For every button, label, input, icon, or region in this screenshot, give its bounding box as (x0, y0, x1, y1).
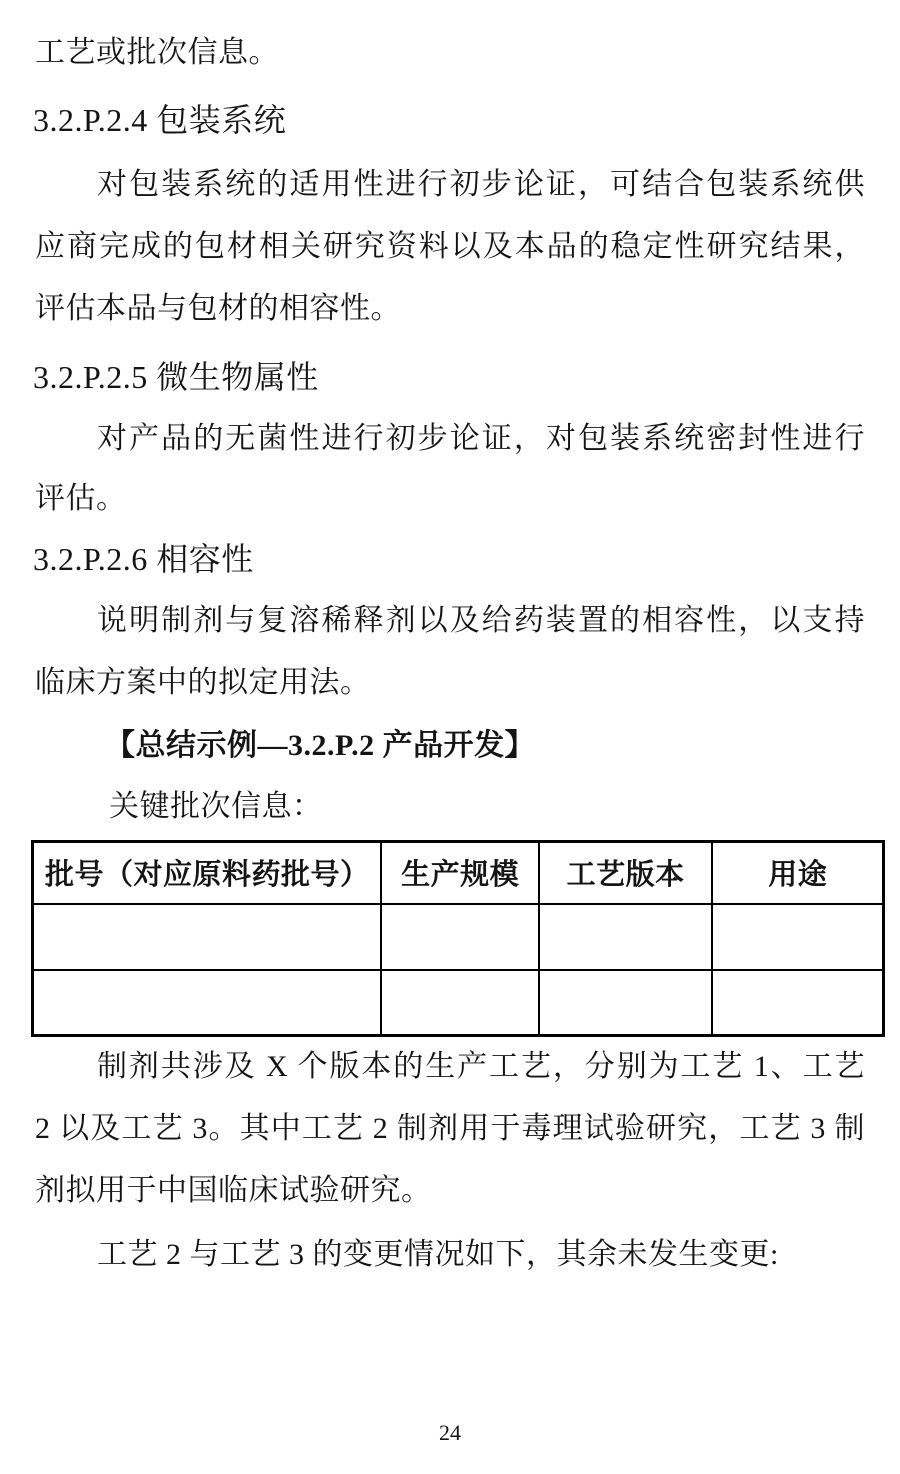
paragraph-line: 制剂共涉及 X 个版本的生产工艺，分别为工艺 1、工艺 (35, 1048, 865, 1086)
paragraph-line: 评估本品与包材的相容性。 (35, 290, 865, 328)
section-heading-microbial-attributes: 3.2.P.2.5 微生物属性 (33, 358, 865, 396)
paragraph-line-batch-info: 工艺或批次信息。 (35, 34, 865, 72)
table-row (33, 904, 884, 970)
paragraph-line: 说明制剂与复溶稀释剂以及给药装置的相容性，以支持 (35, 602, 865, 640)
paragraph-line-change-summary: 工艺 2 与工艺 3 的变更情况如下，其余未发生变更: (35, 1236, 865, 1274)
paragraph-line: 2 以及工艺 3。其中工艺 2 制剂用于毒理试验研究，工艺 3 制 (35, 1110, 865, 1148)
table-cell-empty (381, 904, 538, 970)
paragraph-line: 临床方案中的拟定用法。 (35, 664, 865, 702)
table-cell-empty (539, 904, 713, 970)
table-header-production-scale: 生产规模 (381, 842, 538, 904)
table-cell-empty (712, 904, 883, 970)
table-header-process-version: 工艺版本 (539, 842, 713, 904)
table-cell-empty (712, 970, 883, 1036)
paragraph-line: 对包装系统的适用性进行初步论证，可结合包装系统供 (35, 166, 865, 204)
summary-example-title: 【总结示例—3.2.P.2 产品开发】 (35, 727, 865, 765)
document-page: 工艺或批次信息。 3.2.P.2.4 包装系统 对包装系统的适用性进行初步论证，… (0, 0, 900, 1474)
page-number: 24 (0, 1420, 900, 1446)
key-batch-info-label: 关键批次信息： (35, 788, 865, 826)
table-header-batch-number: 批号（对应原料药批号） (33, 842, 382, 904)
table-cell-empty (33, 904, 382, 970)
paragraph-line: 评估。 (35, 480, 865, 518)
paragraph-line: 剂拟用于中国临床试验研究。 (35, 1172, 865, 1210)
key-batch-table: 批号（对应原料药批号） 生产规模 工艺版本 用途 (31, 840, 885, 1037)
paragraph-line: 对产品的无菌性进行初步论证，对包装系统密封性进行 (35, 420, 865, 458)
table-header-row: 批号（对应原料药批号） 生产规模 工艺版本 用途 (33, 842, 884, 904)
section-heading-compatibility: 3.2.P.2.6 相容性 (33, 540, 865, 578)
section-heading-packaging-system: 3.2.P.2.4 包装系统 (33, 101, 865, 139)
table-cell-empty (539, 970, 713, 1036)
table-cell-empty (33, 970, 382, 1036)
table-cell-empty (381, 970, 538, 1036)
paragraph-line: 应商完成的包材相关研究资料以及本品的稳定性研究结果， (35, 228, 865, 266)
table-header-purpose: 用途 (712, 842, 883, 904)
table-row (33, 970, 884, 1036)
